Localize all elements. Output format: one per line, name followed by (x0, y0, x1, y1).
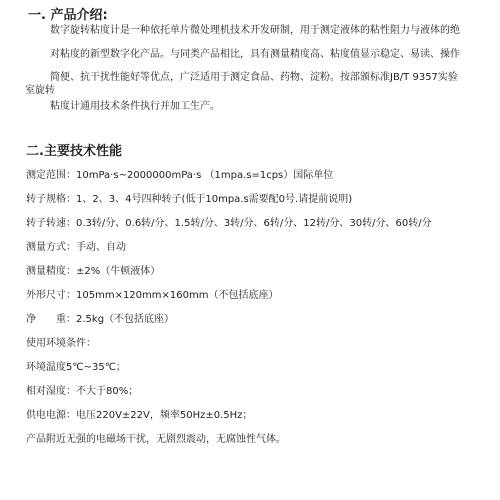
spec-measure-range: 测定范围：10mPa·s~2000000mPa·s （1mpa.s=1cps）国… (26, 166, 333, 181)
spec-interference: 产品附近无强的电磁场干扰，无剧烈震动，无腐蚀性气体。 (26, 430, 286, 445)
spec-rotor-speed: 转子转速：0.3转/分、0.6转/分、1.5转/分、3转/分、6转/分、12转/… (26, 214, 432, 229)
spec-accuracy: 测量精度：±2%（牛顿液体） (26, 262, 160, 277)
spec-temperature: 环境温度5℃~35℃； (26, 358, 126, 373)
intro-line-4: 粘度计通用技术条件执行并加工生产。 (50, 97, 220, 112)
intro-line-1: 数字旋转粘度计是一种依托单片微处理机技术开发研制，用于测定液体的粘性阻力与液体的… (50, 21, 460, 36)
spec-net-weight: 净 重：2.5kg（不包括底座） (26, 310, 174, 325)
intro-line-3-wrap: 室旋转 (25, 81, 55, 96)
intro-line-3: 简便、抗干扰性能好等优点，广泛适用于测定食品、药物、淀粉。按部颁标准JB/T 9… (50, 68, 458, 83)
spec-measure-mode: 测量方式：手动、自动 (26, 238, 126, 253)
spec-humidity: 相对湿度：不大于80%； (26, 382, 138, 397)
spec-dimensions: 外形尺寸：105mm×120mm×160mm（不包括底座） (26, 286, 278, 301)
spec-power-supply: 供电电源：电压220V±22V，频率50Hz±0.5Hz； (26, 406, 252, 421)
spec-environment-heading: 使用环境条件： (26, 334, 96, 349)
spec-rotor-spec: 转子规格：1、2、3、4号四种转子(低于10mpa.s需要配0号.请提前说明) (26, 190, 352, 205)
intro-line-2: 对粘度的新型数字化产品。与同类产品相比，具有测量精度高、粘度值显示稳定、易读、操… (50, 45, 460, 60)
section-heading-specs: 二.主要技术性能 (26, 140, 122, 159)
